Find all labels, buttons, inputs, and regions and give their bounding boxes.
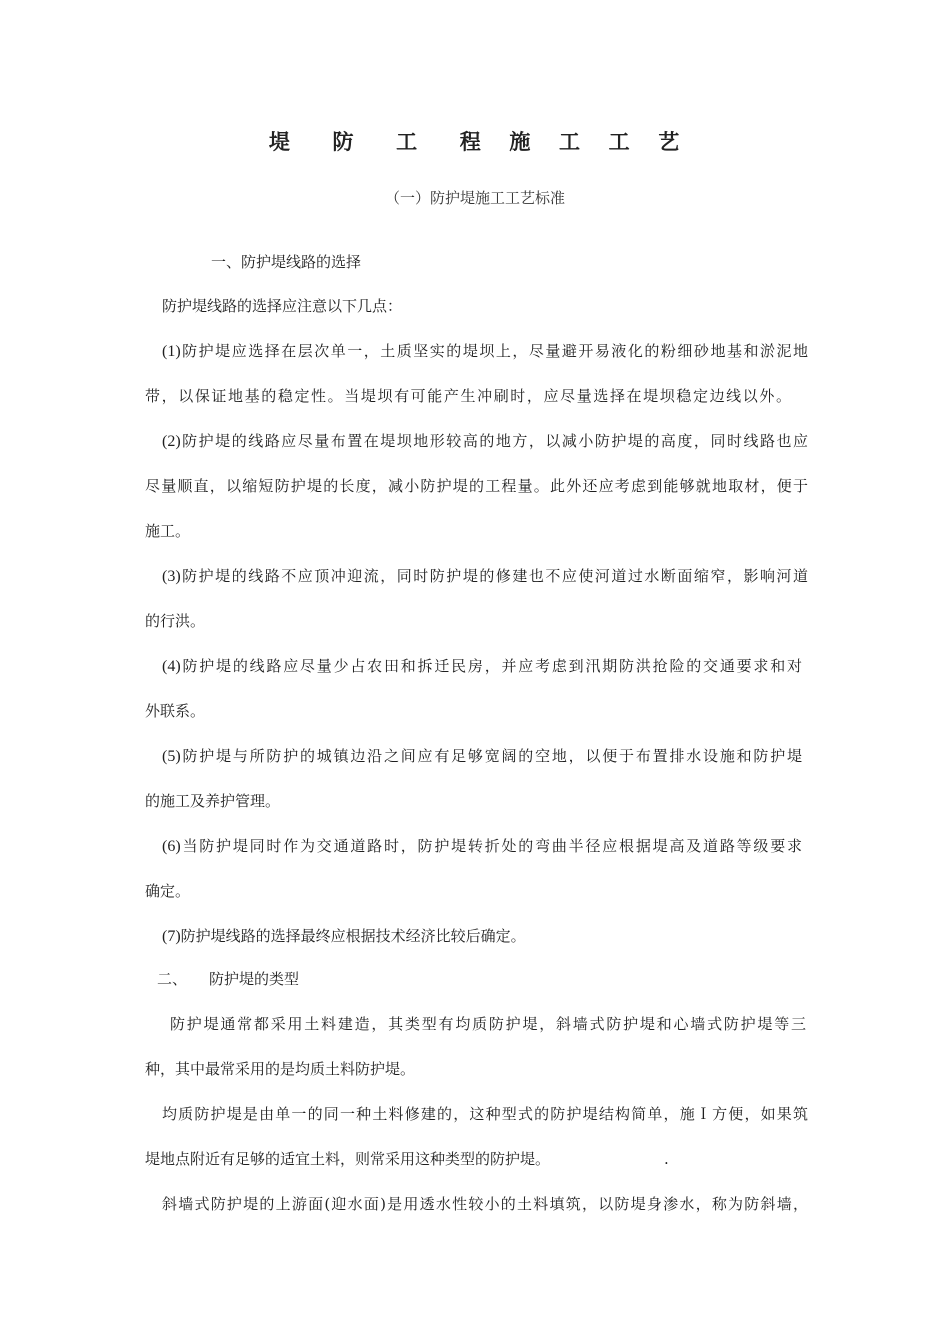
paragraph-line: 防护堤通常都采用土料建造，其类型有均质防护堤，斜墙式防护堤和心墙式防护堤等三: [170, 1014, 806, 1034]
document-page: 堤 防 工 程 施 工 工 艺 （一）防护堤施工工艺标准 一、防护堤线路的选择 …: [0, 0, 950, 1344]
list-item-line: (3)防护堤的线路不应顶冲迎流，同时防护堤的修建也不应使河道过水断面缩窄，影响河…: [162, 566, 808, 587]
list-item-line: (7)防护堤线路的选择最终应根据技术经济比较后确定。: [162, 926, 526, 947]
list-item-line: (1)防护堤应选择在层次单一，土质坚实的堤坝上，尽量避开易液化的粉细砂地基和淤泥…: [162, 341, 808, 362]
list-item-line: 的行洪。: [145, 611, 205, 631]
list-item-line: (2)防护堤的线路应尽量布置在堤坝地形较高的地方，以减小防护堤的高度，同时线路也…: [162, 431, 808, 452]
list-item-line: (4)防护堤的线路应尽量少占农田和拆迁民房，并应考虑到汛期防洪抢险的交通要求和对: [162, 656, 802, 677]
section-heading: 一、防护堤线路的选择: [211, 252, 361, 272]
list-item-line: 尽量顺直，以缩短防护堤的长度，减小防护堤的工程量。此外还应考虑到能够就地取材，便…: [145, 476, 808, 496]
list-item-line: 确定。: [145, 881, 190, 901]
paragraph-line: 斜墙式防护堤的上游面(迎水面)是用透水性较小的土料填筑，以防堤身渗水，称为防斜墙…: [162, 1194, 808, 1214]
paragraph-line: 种，其中最常采用的是均质土料防护堤。: [145, 1059, 415, 1079]
list-item-line: 外联系。: [145, 701, 205, 721]
stray-dot: .: [664, 1149, 669, 1169]
list-item-line: 的施工及养护管理。: [145, 791, 280, 811]
title-char: 施: [509, 126, 532, 156]
title-char: 程: [460, 126, 483, 156]
paragraph-line: 均质防护堤是由单一的同一种土料修建的，这种型式的防护堤结构简单，施Ｉ方便，如果筑: [162, 1104, 808, 1124]
title-char: 防: [332, 126, 355, 156]
title-char: 堤: [269, 126, 292, 156]
list-item-line: 带，以保证地基的稳定性。当堤坝有可能产生冲刷时，应尽量选择在堤坝稳定边线以外。: [145, 386, 791, 406]
document-subtitle: （一）防护堤施工工艺标准: [0, 187, 950, 208]
list-item-line: 施工。: [145, 521, 190, 541]
title-char: 艺: [658, 126, 681, 156]
title-char: 工: [559, 126, 582, 156]
list-item-line: (5)防护堤与所防护的城镇边沿之间应有足够宽阔的空地，以便于布置排水设施和防护堤: [162, 746, 802, 767]
title-char: 工: [396, 126, 419, 156]
document-title: 堤 防 工 程 施 工 工 艺: [0, 126, 950, 156]
paragraph-line: 堤地点附近有足够的适宜土料，则常采用这种类型的防护堤。: [145, 1149, 550, 1169]
list-item-line: (6)当防护堤同时作为交通道路时，防护堤转折处的弯曲半径应根据堤高及道路等级要求: [162, 836, 802, 857]
section-heading: 二、防护堤的类型: [157, 969, 299, 989]
title-char: 工: [609, 126, 632, 156]
paragraph: 防护堤线路的选择应注意以下几点：: [162, 296, 402, 316]
